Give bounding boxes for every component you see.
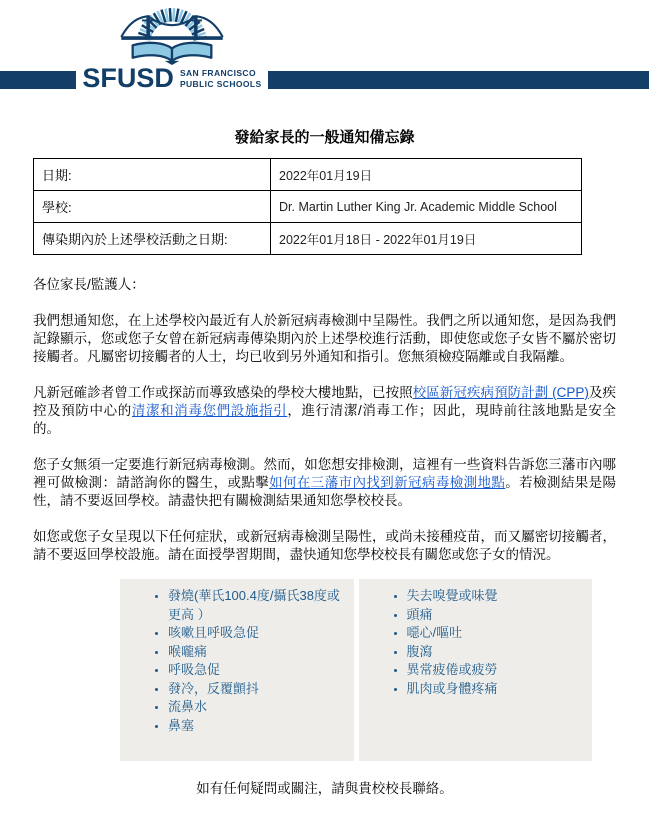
sfusd-logo: SFUSD SAN FRANCISCO PUBLIC SCHOOLS [76, 0, 268, 97]
info-value-activity-dates: 2022年01月18日 - 2022年01月19日 [271, 223, 582, 255]
bridge-icon [121, 15, 222, 38]
sfusd-logo-art [113, 4, 231, 68]
symptom-item: 發冷，反覆顫抖 [168, 680, 348, 699]
symptom-table: 發燒(華氏100.4度/攝氏38度或更高 ）咳嗽且呼吸急促喉嚨痛呼吸急促發冷，反… [120, 579, 592, 761]
header: SFUSD SAN FRANCISCO PUBLIC SCHOOLS [0, 0, 649, 97]
memo-page: SFUSD SAN FRANCISCO PUBLIC SCHOOLS 發給家長的… [0, 0, 649, 820]
symptom-column-left: 發燒(華氏100.4度/攝氏38度或更高 ）咳嗽且呼吸急促喉嚨痛呼吸急促發冷，反… [120, 579, 354, 761]
cleaning-text-pre: 凡新冠確診者曾工作或探訪而導致感染的學校大樓地點，已按照 [33, 385, 413, 400]
testing-locations-link[interactable]: 如何在三藩市內找到新冠病毒檢測地點 [269, 475, 505, 490]
table-row: 學校: Dr. Martin Luther King Jr. Academic … [34, 191, 582, 223]
logo-acronym: SFUSD [82, 65, 174, 92]
paragraph-notification: 我們想通知您，在上述學校內最近有人於新冠病毒檢測中呈陽性。我們之所以通知您，是因… [33, 312, 616, 366]
paragraph-testing: 您子女無須一定要進行新冠病毒檢測。然而，如您想安排檢測，這裡有一些資料告訴您三藩… [33, 456, 616, 510]
symptom-item: 流鼻水 [168, 698, 348, 717]
symptom-item: 呼吸急促 [168, 661, 348, 680]
book-icon [133, 43, 212, 65]
symptom-column-right: 失去嗅覺或味覺頭痛噁心/嘔吐腹瀉異常疲倦或疲勞肌肉或身體疼痛 [359, 579, 593, 761]
greeting: 各位家長/監護人： [33, 276, 616, 294]
symptom-item: 咳嗽且呼吸急促 [168, 624, 348, 643]
symptom-item: 肌肉或身體疼痛 [407, 680, 587, 699]
symptom-item: 頭痛 [407, 606, 587, 625]
symptom-list-right: 失去嗅覺或味覺頭痛噁心/嘔吐腹瀉異常疲倦或疲勞肌肉或身體疼痛 [359, 587, 587, 698]
logo-org-name: SAN FRANCISCO PUBLIC SCHOOLS [180, 68, 262, 89]
symptom-item: 失去嗅覺或味覺 [407, 587, 587, 606]
symptom-item: 發燒(華氏100.4度/攝氏38度或更高 ） [168, 587, 348, 624]
logo-org-line1: SAN FRANCISCO [180, 68, 256, 78]
symptom-item: 腹瀉 [407, 643, 587, 662]
symptom-item: 噁心/嘔吐 [407, 624, 587, 643]
logo-text: SFUSD SAN FRANCISCO PUBLIC SCHOOLS [82, 65, 261, 92]
symptom-item: 鼻塞 [168, 717, 348, 736]
info-label-school: 學校: [34, 191, 271, 223]
info-table: 日期: 2022年01月19日 學校: Dr. Martin Luther Ki… [33, 158, 582, 255]
page-title: 發給家長的一般通知備忘錄 [0, 126, 649, 147]
info-value-school: Dr. Martin Luther King Jr. Academic Midd… [271, 191, 582, 223]
symptom-item: 喉嚨痛 [168, 643, 348, 662]
symptom-item: 異常疲倦或疲勞 [407, 661, 587, 680]
info-value-date: 2022年01月19日 [271, 159, 582, 191]
paragraph-cleaning: 凡新冠確診者曾工作或探訪而導致感染的學校大樓地點，已按照校區新冠疾病預防計劃 (… [33, 384, 616, 438]
cleaning-guidelines-link[interactable]: 清潔和消毒您們設施指引 [132, 403, 287, 418]
logo-org-line2: PUBLIC SCHOOLS [180, 79, 262, 89]
footer-note: 如有任何疑問或關注，請與貴校校長聯絡。 [0, 777, 649, 797]
table-row: 日期: 2022年01月19日 [34, 159, 582, 191]
cpp-plan-link[interactable]: 校區新冠疾病預防計劃 (CPP) [413, 385, 589, 400]
symptom-list-left: 發燒(華氏100.4度/攝氏38度或更高 ）咳嗽且呼吸急促喉嚨痛呼吸急促發冷，反… [120, 587, 348, 735]
paragraph-symptoms-intro: 如您或您子女呈現以下任何症狀，或新冠病毒檢測呈陽性，或尚未接種疫苗，而又屬密切接… [33, 528, 616, 564]
table-row: 傳染期內於上述學校活動之日期: 2022年01月18日 - 2022年01月19… [34, 223, 582, 255]
info-label-activity-dates: 傳染期內於上述學校活動之日期: [34, 223, 271, 255]
info-label-date: 日期: [34, 159, 271, 191]
